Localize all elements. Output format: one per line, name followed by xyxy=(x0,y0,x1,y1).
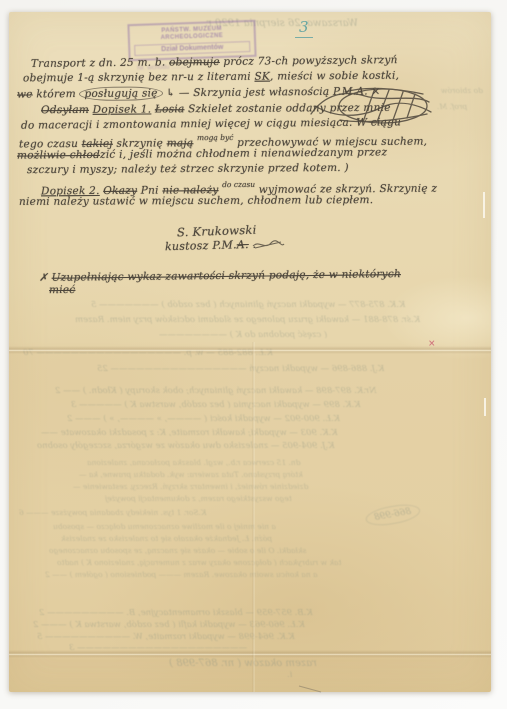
handwriting-segment: SK xyxy=(254,71,270,83)
handwriting-segment: Łosia xyxy=(155,103,185,115)
handwriting-segment: mogą być xyxy=(197,133,234,142)
handwriting-segment: szczury i myszy; należy też strzec skrzy… xyxy=(27,162,349,176)
bleedthrough-line: K.K. 903 — wypadki; kawałki rozmaite, K:… xyxy=(41,428,338,438)
bleedthrough-paragraph-line: dziedzinie również, i inwentarz skrzyń. … xyxy=(73,482,308,491)
bleedthrough-line: K.K. 875-877 — wypadki naczyń glinianych… xyxy=(91,300,405,310)
handwriting-segment: we xyxy=(17,88,33,100)
bleedthrough-line: K.J. 886-896 — wypadki naczyń ——————————… xyxy=(97,364,384,374)
bleedthrough-fragment: prof. M. xyxy=(437,102,467,111)
struck-note-line: ✗ Uzupełniając wykaz zawartości skrzyń p… xyxy=(39,268,401,284)
bleedthrough-paragraph-line: tak w rubrykach ( dołączone okazy wraz z… xyxy=(57,558,341,567)
handwriting-segment: Transport z dn. 25 m. b. xyxy=(31,56,169,69)
signature-name: S. Krukowski xyxy=(177,223,257,240)
handwriting-segment: do maceracji i zmontowania mniej więcej … xyxy=(21,116,401,131)
signature-scribble xyxy=(251,238,285,252)
bleedthrough-total-tick: i. xyxy=(287,670,292,680)
handwriting-segment: , mieści w sobie kostki, xyxy=(270,70,399,83)
stamp-line-2: Dział Dokumentów xyxy=(134,41,250,56)
bleedthrough-total-line: razem okazów ( nr. 867-998 ) xyxy=(169,658,317,669)
paper-edge-crack xyxy=(484,398,486,416)
handwriting-line: niemi należy ustawić w miejscu suchem, c… xyxy=(19,194,373,208)
handwriting-segment: Odsyłam xyxy=(41,104,89,116)
handwriting-line: we którem posługują się ↳ — Skrzynia jes… xyxy=(17,85,380,100)
bleedthrough-line: K.J. 904-905 — znalezisko dwu okazów ze … xyxy=(37,441,335,451)
bleedthrough-line: K.B. 957-959 — blaszki ornamentacyjne, B… xyxy=(39,608,313,618)
paper-edge-crack xyxy=(483,192,485,218)
handwriting-line: obejmuje 1-ą skrzynię bez nr-u z literam… xyxy=(23,70,399,85)
pencil-tick xyxy=(297,684,323,694)
handwriting-segment: Szkielet zostanie oddany przez mnie xyxy=(184,102,390,115)
bleedthrough-paragraph-line: którą przysłano. Tuta zawiera: wyk. doda… xyxy=(79,470,303,479)
bleedthrough-line: K.K. 964-998 — wypadki rozmaite, W. ————… xyxy=(37,632,295,642)
paper-sheet: Warszawa, 26 sierpnia 1920 r. do zbiorów… xyxy=(9,12,491,692)
page-number-mark: 3 xyxy=(295,18,313,38)
handwriting-segment: zić i, jeśli można chłodnem i nienawiedz… xyxy=(100,146,387,161)
handwriting-segment: kustosz P.M. xyxy=(165,238,237,253)
bleedthrough-fragment: do zbiorów xyxy=(441,86,483,95)
red-check-mark: × xyxy=(428,339,436,349)
handwriting-segment: posługują się xyxy=(79,86,162,101)
handwriting-segment: obejmuje 1-ą skrzynię bez nr-u z literam… xyxy=(23,71,255,85)
bleedthrough-line: ( część podobna do K ) ———————— xyxy=(159,330,327,340)
bleedthrough-line: K.Ł. 900-902 — wypadki kości ( ————, » —… xyxy=(67,414,340,424)
handwriting-segment: mieć xyxy=(49,284,76,296)
handwriting-segment: ✗ xyxy=(39,272,52,284)
handwriting-segment: ↳ — Skrzynia jest własnością P.M.A. × xyxy=(163,85,381,99)
handwriting-line: możliwie chłodzić i, jeśli można chłodne… xyxy=(17,146,387,161)
handwriting-line: Transport z dn. 25 m. b. obejmuje prócz … xyxy=(31,54,398,70)
handwriting-segment: którem xyxy=(33,88,80,100)
bleedthrough-line: K.Ł. 960-963 — wypadki kafli ( bez ozdób… xyxy=(33,620,305,630)
bleedthrough-paragraph-line: a nie mniej o ile możliwe oznaczonemu do… xyxy=(53,522,276,531)
bleedthrough-paragraph-line: a na końcu swoim okazowe. Razem ——— podn… xyxy=(45,570,317,579)
signature-title: kustosz P.M.A. . xyxy=(165,238,257,253)
handwriting-segment: Uzupełniając wykaz zawartości skrzyń pod… xyxy=(52,268,401,284)
struck-note-line: mieć xyxy=(49,284,76,296)
handwriting-line: Odsyłam Dopisek 1. Łosia Szkielet zostan… xyxy=(41,102,391,116)
bleedthrough-paragraph-line: tego wszystkiego razem, z dokumentacji p… xyxy=(105,494,292,503)
bleedthrough-paragraph-line: składki. O ile o sobie — okaże się znacz… xyxy=(49,546,306,555)
handwriting-segment: Dopisek 1. xyxy=(93,103,152,115)
bleedthrough-paragraph-line: K.Sor. 1 tys. niekiedy zbadania powyższe… xyxy=(19,508,206,517)
handwriting-segment: możliwie chłod xyxy=(17,149,100,162)
bleedthrough-paragraph-line: późn. Ł. Jednakże okazało się to znalezi… xyxy=(61,534,272,543)
handwriting-line: do maceracji i zmontowania mniej więcej … xyxy=(21,116,401,131)
bleedthrough-line: K.K. 899 — wypadki naczynia ( bez ozdób,… xyxy=(71,400,361,410)
handwriting-segment: niemi należy ustawić w miejscu suchem, c… xyxy=(19,194,373,208)
bleedthrough-oval-label: 866-998 xyxy=(364,501,422,528)
handwriting-segment: A. xyxy=(237,238,249,251)
handwriting-segment: obejmuje xyxy=(169,56,220,69)
bleedthrough-line: K.śr. 878-881 — kawałki gruzu palonego z… xyxy=(75,315,420,325)
vertical-crease xyxy=(252,342,255,692)
fold-crease-lower xyxy=(9,650,491,658)
scanned-document-page: { "document_type": "handwritten archival… xyxy=(0,0,507,709)
handwriting-line: szczury i myszy; należy też strzec skrzy… xyxy=(27,162,349,176)
bleedthrough-paragraph-line: dn. 15 czerwca r.b., wzgl. blaszka pozła… xyxy=(87,458,300,467)
handwriting-segment: do czasu xyxy=(222,180,255,189)
fold-crease-upper xyxy=(9,346,491,354)
stamp-line-1: PAŃSTW. MUZEUM ARCHEOLOGICZNE xyxy=(134,25,250,43)
handwriting-segment: prócz 73-ch powyższych skrzyń xyxy=(220,54,398,68)
bleedthrough-line: Nr.K. 897-898 — kawałki naczyń glinianyc… xyxy=(55,386,376,396)
